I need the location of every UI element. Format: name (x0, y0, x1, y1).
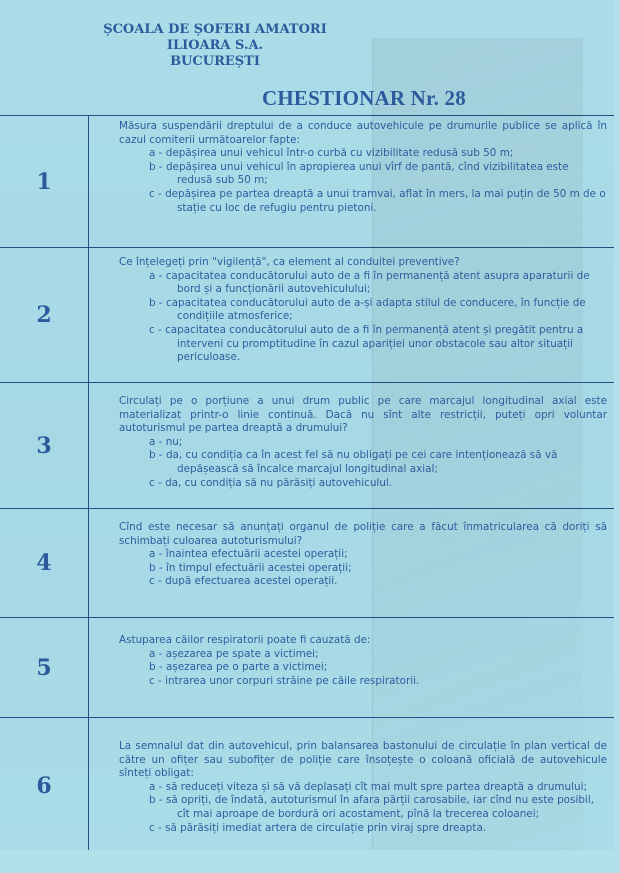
answer-option-a: a - depășirea unui vehicul într-o curbă … (149, 147, 607, 161)
answer-text: a - așezarea pe spate a victimei; (149, 648, 607, 662)
question-number-cell: 3 (0, 383, 89, 508)
question-row-5: 5 Astuparea căilor respiratorii poate fi… (0, 618, 615, 718)
question-row-3: 3 Circulați pe o porțiune a unui drum pu… (0, 383, 615, 509)
school-name: ȘCOALA DE ȘOFERI AMATORI ILIOARA S.A. BU… (60, 22, 370, 70)
answer-option-c: c - depășirea pe partea dreaptă a unui t… (149, 188, 607, 215)
answer-option-c: c - capacitatea conducătorului auto de a… (149, 324, 607, 365)
question-cell: Ce înțelegeți prin "vigilență", ca eleme… (89, 248, 615, 382)
question-number-cell: 6 (0, 718, 89, 853)
question-text: Circulați pe o porțiune a unui drum publ… (119, 395, 607, 436)
question-text: Cînd este necesar să anunțați organul de… (119, 521, 607, 548)
answer-option-b: b - în timpul efectuării acestei operați… (149, 562, 607, 576)
question-text: La semnalul dat din autovehicul, prin ba… (119, 740, 607, 781)
answer-text: c - capacitatea conducătorului auto de a… (149, 324, 607, 365)
answer-text: c - să părăsiți imediat artera de circul… (149, 822, 607, 836)
answer-text: c - da, cu condiția să nu părăsiți autov… (149, 477, 607, 491)
page-title: CHESTIONAR Nr. 28 (262, 86, 466, 111)
answer-option-b: b - depășirea unui vehicul în apropierea… (149, 161, 607, 188)
question-text: Ce înțelegeți prin "vigilență", ca eleme… (119, 256, 607, 270)
answer-option-c: c - după efectuarea acestei operații. (149, 575, 607, 589)
question-cell: La semnalul dat din autovehicul, prin ba… (89, 718, 615, 853)
question-text: Măsura suspendării dreptului de a conduc… (119, 120, 607, 147)
answer-text: b - să opriți, de îndată, autoturismul î… (149, 794, 607, 821)
answer-option-a: a - capacitatea conducătorului auto de a… (149, 270, 607, 297)
question-cell: Cînd este necesar să anunțați organul de… (89, 509, 615, 617)
answer-option-a: a - să reduceți viteza și să vă deplasaț… (149, 781, 607, 795)
answer-option-c: c - să părăsiți imediat artera de circul… (149, 822, 607, 836)
question-number: 5 (36, 655, 51, 681)
answer-text: a - capacitatea conducătorului auto de a… (149, 270, 607, 297)
answer-text: a - nu; (149, 436, 607, 450)
question-number-cell: 1 (0, 116, 89, 247)
answer-text: c - intrarea unor corpuri străine pe căi… (149, 675, 607, 689)
answer-text: a - să reduceți viteza și să vă deplasaț… (149, 781, 607, 795)
school-line: ȘCOALA DE ȘOFERI AMATORI (60, 22, 370, 38)
answer-text: c - după efectuarea acestei operații. (149, 575, 607, 589)
questionnaire-page: ȘCOALA DE ȘOFERI AMATORI ILIOARA S.A. BU… (0, 0, 620, 873)
answer-list: a - înaintea efectuării acestei operații… (149, 548, 607, 589)
answer-option-b: b - capacitatea conducătorului auto de a… (149, 297, 607, 324)
answer-list: a - depășirea unui vehicul într-o curbă … (149, 147, 607, 215)
answer-option-a: a - nu; (149, 436, 607, 450)
answer-option-a: a - înaintea efectuării acestei operații… (149, 548, 607, 562)
question-row-1: 1 Măsura suspendării dreptului de a cond… (0, 116, 615, 248)
question-row-6: 6 La semnalul dat din autovehicul, prin … (0, 718, 615, 854)
school-line: BUCUREȘTI (60, 54, 370, 70)
answer-text: b - capacitatea conducătorului auto de a… (149, 297, 607, 324)
question-cell: Măsura suspendării dreptului de a conduc… (89, 116, 615, 247)
answer-text: a - depășirea unui vehicul într-o curbă … (149, 147, 607, 161)
answer-option-a: a - așezarea pe spate a victimei; (149, 648, 607, 662)
page-header: ȘCOALA DE ȘOFERI AMATORI ILIOARA S.A. BU… (0, 0, 620, 115)
answer-option-b: b - să opriți, de îndată, autoturismul î… (149, 794, 607, 821)
question-number: 1 (36, 169, 51, 195)
question-row-2: 2 Ce înțelegeți prin "vigilență", ca ele… (0, 248, 615, 383)
answer-option-b: b - da, cu condiția ca în acest fel să n… (149, 449, 607, 476)
answer-option-b: b - așezarea pe o parte a victimei; (149, 661, 607, 675)
answer-list: a - nu;b - da, cu condiția ca în acest f… (149, 436, 607, 490)
question-number: 3 (36, 433, 51, 459)
answer-option-c: c - intrarea unor corpuri străine pe căi… (149, 675, 607, 689)
question-number-cell: 2 (0, 248, 89, 382)
questions-table: 1 Măsura suspendării dreptului de a cond… (0, 115, 615, 854)
answer-list: a - așezarea pe spate a victimei;b - așe… (149, 648, 607, 689)
page-right-edge (614, 0, 620, 873)
question-text: Astuparea căilor respiratorii poate fi c… (119, 634, 607, 648)
answer-text: b - depășirea unui vehicul în apropierea… (149, 161, 607, 188)
answer-list: a - să reduceți viteza și să vă deplasaț… (149, 781, 607, 835)
answer-option-c: c - da, cu condiția să nu părăsiți autov… (149, 477, 607, 491)
answer-list: a - capacitatea conducătorului auto de a… (149, 270, 607, 365)
question-number: 6 (36, 773, 51, 799)
question-number-cell: 5 (0, 618, 89, 717)
answer-text: a - înaintea efectuării acestei operații… (149, 548, 607, 562)
question-row-4: 4 Cînd este necesar să anunțați organul … (0, 509, 615, 618)
question-cell: Circulați pe o porțiune a unui drum publ… (89, 383, 615, 508)
answer-text: b - în timpul efectuării acestei operați… (149, 562, 607, 576)
answer-text: b - da, cu condiția ca în acest fel să n… (149, 449, 607, 476)
page-bottom-margin (0, 850, 620, 873)
question-number: 2 (36, 302, 51, 328)
answer-text: b - așezarea pe o parte a victimei; (149, 661, 607, 675)
answer-text: c - depășirea pe partea dreaptă a unui t… (149, 188, 607, 215)
question-number-cell: 4 (0, 509, 89, 617)
question-number: 4 (36, 550, 51, 576)
school-line: ILIOARA S.A. (60, 38, 370, 54)
question-cell: Astuparea căilor respiratorii poate fi c… (89, 618, 615, 717)
